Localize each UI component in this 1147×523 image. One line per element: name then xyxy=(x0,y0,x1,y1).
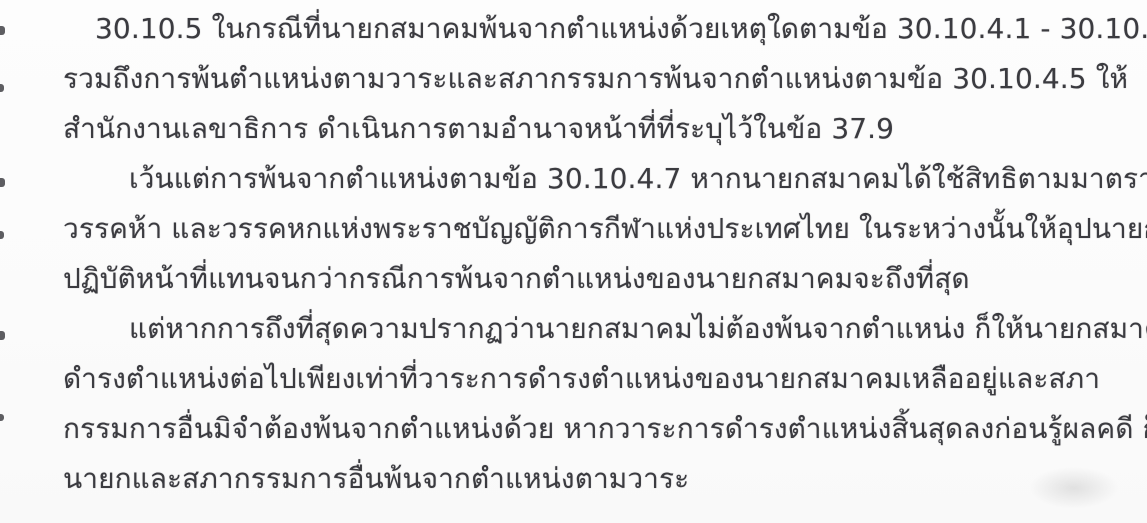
text-line: ดำรงตำแหน่งต่อไปเพียงเท่าที่วาระการดำรงต… xyxy=(63,354,1083,404)
text-line: นายกและสภากรรมการอื่นพ้นจากตำแหน่งตามวาร… xyxy=(63,454,1083,504)
text-line: สำนักงานเลขาธิการ ดำเนินการตามอำนาจหน้าท… xyxy=(63,104,1083,154)
document-page: 30.10.5 ในกรณีที่นายกสมาคมพ้นจากตำแหน่งด… xyxy=(0,0,1147,523)
text-line: วรรคห้า และวรรคหกแห่งพระราชบัญญัติการกีฬ… xyxy=(63,204,1083,254)
scan-speck xyxy=(0,414,4,421)
scan-speck xyxy=(0,84,4,92)
text-line-clause-30-10-5: 30.10.5 ในกรณีที่นายกสมาคมพ้นจากตำแหน่งด… xyxy=(63,4,1083,54)
scan-smudge xyxy=(1029,467,1119,509)
text-line-paragraph-2: เว้นแต่การพ้นจากตำแหน่งตามข้อ 30.10.4.7 … xyxy=(63,154,1083,204)
scan-speck xyxy=(0,178,5,187)
scan-speck xyxy=(0,26,5,35)
text-line: รวมถึงการพ้นตำแหน่งตามวาระและสภากรรมการพ… xyxy=(63,54,1083,104)
scan-speck xyxy=(0,231,4,239)
text-line: กรรมการอื่นมิจำต้องพ้นจากตำแหน่งด้วย หาก… xyxy=(63,404,1083,454)
document-text-block: 30.10.5 ในกรณีที่นายกสมาคมพ้นจากตำแหน่งด… xyxy=(63,4,1083,504)
scan-speck xyxy=(0,331,5,340)
text-line-paragraph-3: แต่หากการถึงที่สุดความปรากฏว่านายกสมาคมไ… xyxy=(63,304,1083,354)
text-line: ปฏิบัติหน้าที่แทนจนกว่ากรณีการพ้นจากตำแห… xyxy=(63,254,1083,304)
